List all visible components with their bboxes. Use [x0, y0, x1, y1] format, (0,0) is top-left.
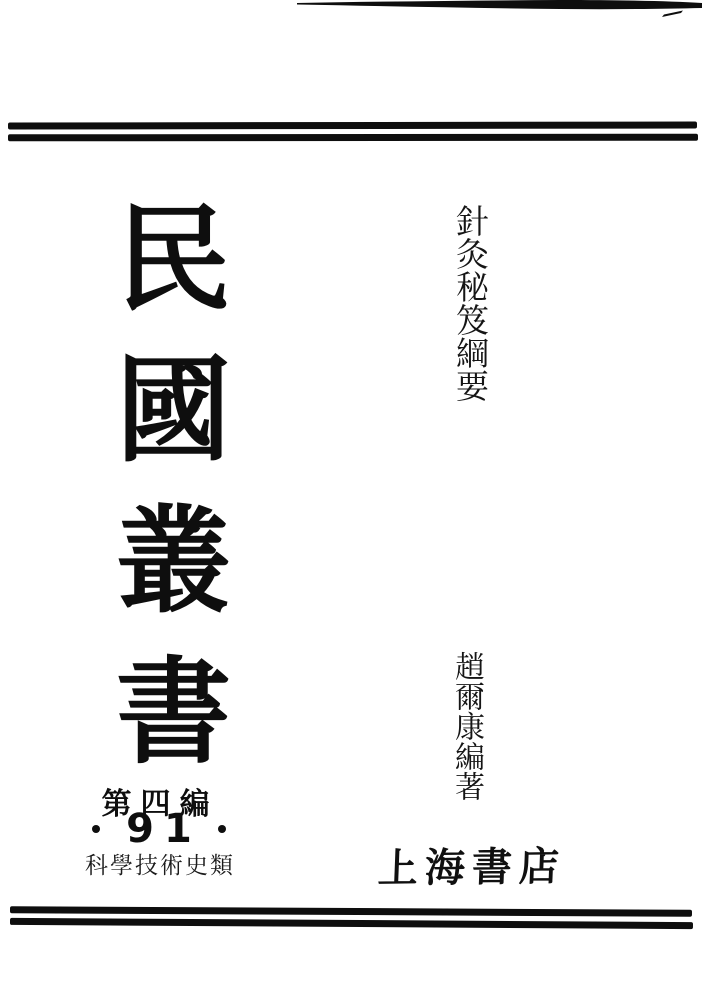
bottom-rule-upper — [10, 906, 692, 917]
publisher-imprint: 上海書店 — [377, 835, 565, 895]
book-title-page: 民國叢書 第四編 91 科學技術史類 針灸秘笈綱要 趙爾康編著 上海書店 — [0, 0, 702, 997]
volume-dot-left — [92, 825, 100, 833]
series-title-vertical: 民國叢書 — [102, 198, 224, 802]
series-category-label: 科學技術史類 — [84, 847, 236, 880]
top-rule-lower — [8, 134, 698, 142]
volume-row: 91 — [92, 808, 226, 850]
volume-number: 91 — [126, 808, 202, 850]
bottom-rule-lower — [10, 918, 693, 929]
author-credit-vertical: 趙爾康編著 — [450, 651, 483, 801]
volume-dot-right — [218, 825, 226, 833]
top-rule-upper — [8, 122, 697, 130]
book-title-vertical: 針灸秘笈綱要 — [452, 204, 488, 402]
scan-smudge-artifact — [0, 0, 702, 20]
